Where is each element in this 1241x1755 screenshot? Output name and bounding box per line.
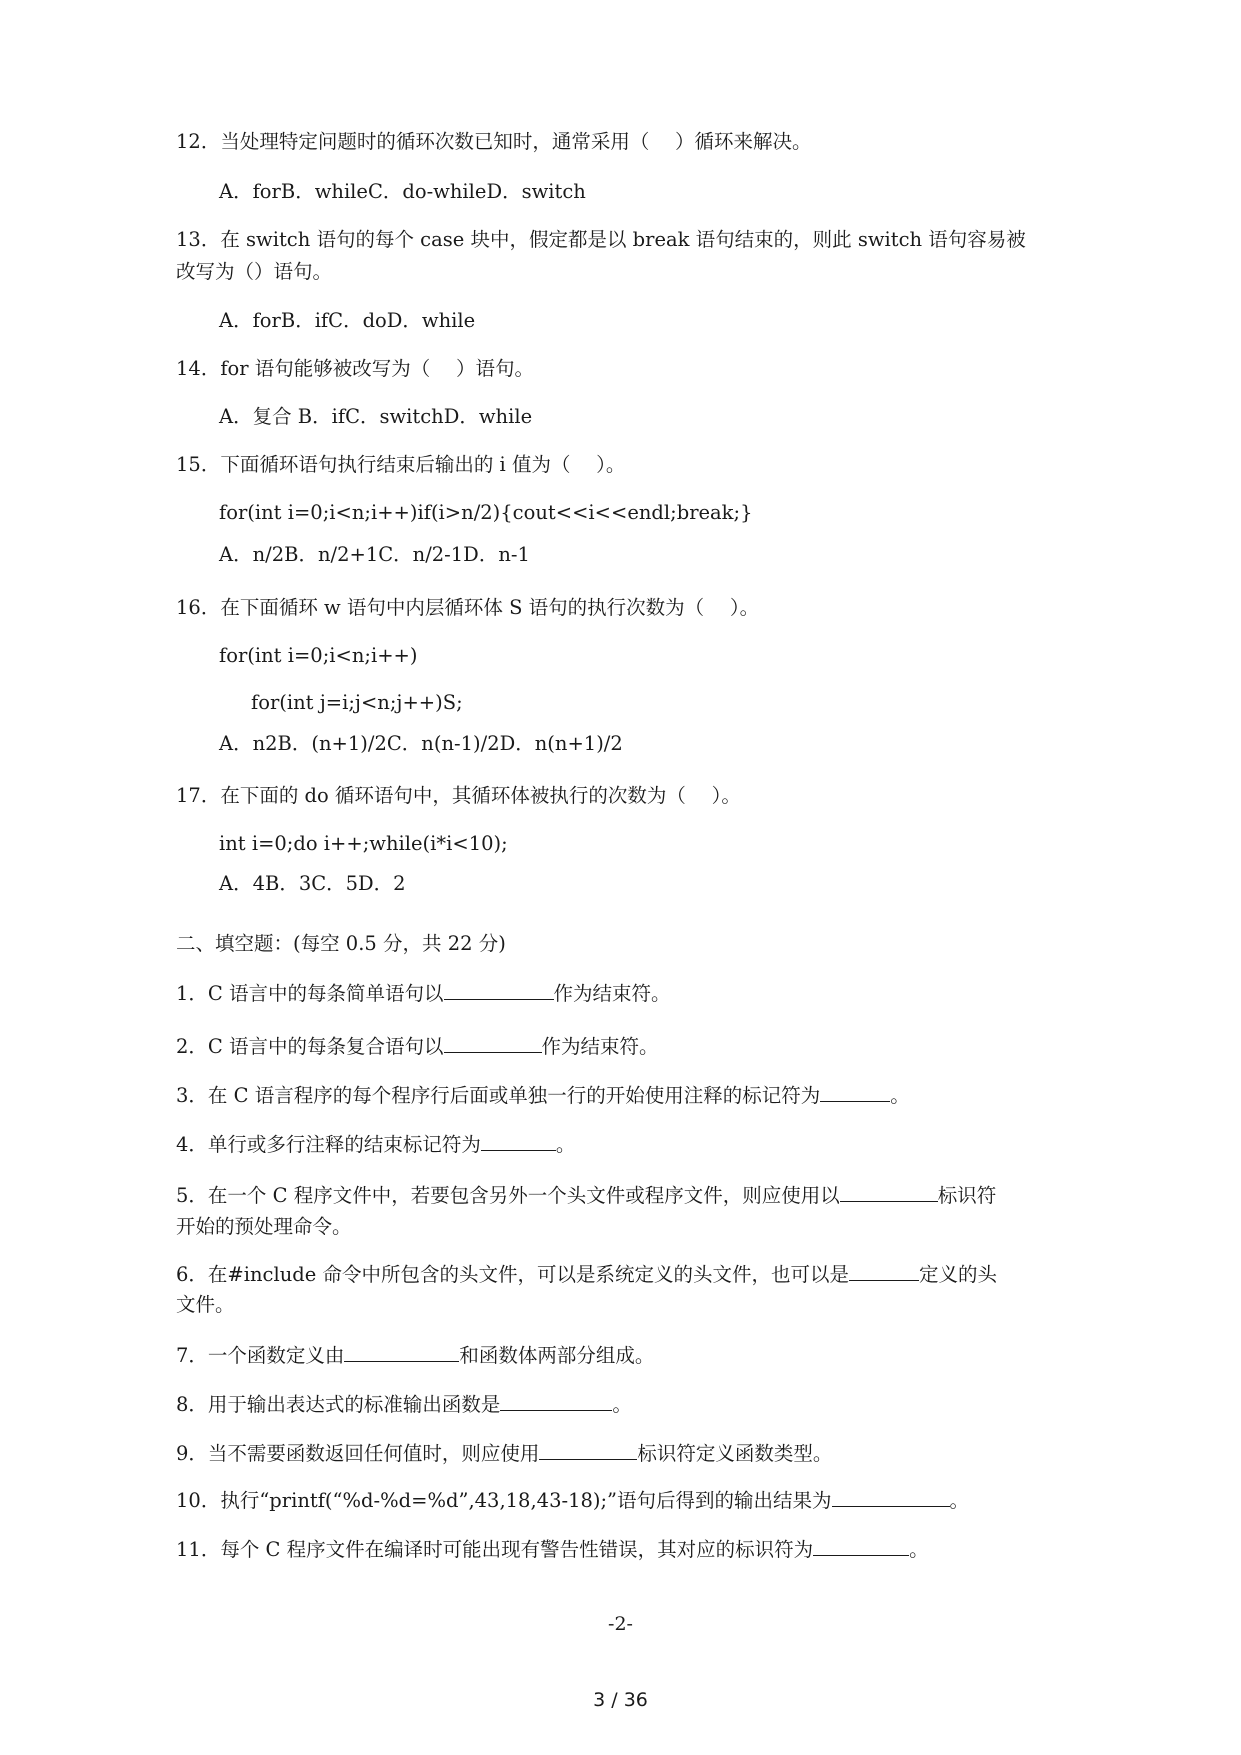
line-text: 4．单行或多行注释的结束标记符为 <box>176 1133 481 1156</box>
text-line: A．4B．3C．5D．2 <box>219 872 406 896</box>
text-line: 3．在 C 语言程序的每个程序行后面或单独一行的开始使用注释的标记符为。 <box>176 1083 910 1108</box>
line-text-after-blank: 作为结束符。 <box>542 1035 659 1058</box>
text-line: A．forB．ifC．doD．while <box>219 309 475 333</box>
line-text: 7．一个函数定义由 <box>176 1344 344 1367</box>
line-text: 文件。 <box>176 1293 235 1316</box>
text-line: 5．在一个 C 程序文件中，若要包含另外一个头文件或程序文件，则应使用以标识符 <box>176 1183 996 1208</box>
line-text-after-blank: 。 <box>909 1538 929 1561</box>
text-line: 17．在下面的 do 循环语句中，其循环体被执行的次数为（ ）。 <box>176 784 741 808</box>
text-line: for(int i=0;i<n;i++)if(i>n/2){cout<<i<<e… <box>219 501 752 525</box>
line-text: A．4B．3C．5D．2 <box>219 872 406 895</box>
text-line: 二、填空题：(每空 0.5 分，共 22 分) <box>176 932 506 956</box>
line-text: A．n/2B．n/2+1C．n/2-1D．n-1 <box>219 543 530 566</box>
text-line: 14．for 语句能够被改写为（ ）语句。 <box>176 357 534 381</box>
line-text: 14．for 语句能够被改写为（ ）语句。 <box>176 357 534 380</box>
text-line: A．复合 B．ifC．switchD．while <box>219 405 532 429</box>
line-text: 3．在 C 语言程序的每个程序行后面或单独一行的开始使用注释的标记符为 <box>176 1084 820 1107</box>
fill-in-blank <box>813 1537 909 1556</box>
fill-in-blank <box>481 1132 556 1151</box>
line-text: 10．执行“printf(“%d-%d=%d”,43,18,43-18);”语句… <box>176 1489 832 1512</box>
fill-in-blank <box>849 1262 919 1281</box>
line-text: 9．当不需要函数返回任何值时，则应使用 <box>176 1442 539 1465</box>
line-text: A．复合 B．ifC．switchD．while <box>219 405 532 428</box>
fill-in-blank <box>444 1034 542 1053</box>
text-line: A．forB．whileC．do-whileD．switch <box>219 180 586 204</box>
fill-in-blank <box>539 1441 637 1460</box>
text-line: 4．单行或多行注释的结束标记符为。 <box>176 1132 575 1157</box>
text-line: 文件。 <box>176 1293 235 1317</box>
line-text: A．forB．ifC．doD．while <box>219 309 475 332</box>
line-text: 1．C 语言中的每条简单语句以 <box>176 982 444 1005</box>
line-text: 12．当处理特定问题时的循环次数已知时，通常采用（ ）循环来解决。 <box>176 130 812 153</box>
line-text: A．forB．whileC．do-whileD．switch <box>219 180 586 203</box>
line-text: 开始的预处理命令。 <box>176 1215 352 1238</box>
line-text: 2．C 语言中的每条复合语句以 <box>176 1035 444 1058</box>
fill-in-blank <box>820 1083 890 1102</box>
line-text: A．n2B．(n+1)/2C．n(n-1)/2D．n(n+1)/2 <box>219 732 623 755</box>
text-line: 11．每个 C 程序文件在编译时可能出现有警告性错误，其对应的标识符为。 <box>176 1537 929 1562</box>
text-line: 改写为（）语句。 <box>176 260 332 284</box>
line-text-after-blank: 标识符定义函数类型。 <box>637 1442 832 1465</box>
line-text-after-blank: 作为结束符。 <box>554 982 671 1005</box>
text-line: 开始的预处理命令。 <box>176 1215 352 1239</box>
line-text: 17．在下面的 do 循环语句中，其循环体被执行的次数为（ ）。 <box>176 784 741 807</box>
line-text: 16．在下面循环 w 语句中内层循环体 S 语句的执行次数为（ ）。 <box>176 596 759 619</box>
fill-in-blank <box>832 1488 950 1507</box>
text-line: 10．执行“printf(“%d-%d=%d”,43,18,43-18);”语句… <box>176 1488 969 1513</box>
text-line: 8．用于输出表达式的标准输出函数是。 <box>176 1392 632 1417</box>
text-line: 2．C 语言中的每条复合语句以作为结束符。 <box>176 1034 659 1059</box>
line-text-after-blank: 。 <box>612 1393 632 1416</box>
line-text: int i=0;do i++;while(i*i<10); <box>219 832 508 855</box>
fill-in-blank <box>344 1343 459 1362</box>
line-text: 改写为（）语句。 <box>176 260 332 283</box>
line-text-after-blank: 。 <box>950 1489 970 1512</box>
line-text: for(int i=0;i<n;i++)if(i>n/2){cout<<i<<e… <box>219 501 752 524</box>
line-text: 二、填空题：(每空 0.5 分，共 22 分) <box>176 932 506 955</box>
text-line: 7．一个函数定义由和函数体两部分组成。 <box>176 1343 654 1368</box>
line-text-after-blank: 标识符 <box>938 1184 997 1207</box>
text-line: 15．下面循环语句执行结束后输出的 i 值为（ ）。 <box>176 453 625 477</box>
line-text: 6．在#include 命令中所包含的头文件，可以是系统定义的头文件，也可以是 <box>176 1263 849 1286</box>
text-line: 9．当不需要函数返回任何值时，则应使用标识符定义函数类型。 <box>176 1441 832 1466</box>
text-line: for(int i=0;i<n;i++) <box>219 644 418 668</box>
line-text: 13．在 switch 语句的每个 case 块中，假定都是以 break 语句… <box>176 228 1026 251</box>
fill-in-blank <box>500 1392 612 1411</box>
page-number: -2- <box>0 1613 1241 1635</box>
text-line: A．n/2B．n/2+1C．n/2-1D．n-1 <box>219 543 530 567</box>
line-text-after-blank: 。 <box>890 1084 910 1107</box>
text-line: A．n2B．(n+1)/2C．n(n-1)/2D．n(n+1)/2 <box>219 732 623 756</box>
text-line: 12．当处理特定问题时的循环次数已知时，通常采用（ ）循环来解决。 <box>176 130 812 154</box>
line-text-after-blank: 和函数体两部分组成。 <box>459 1344 654 1367</box>
fill-in-blank <box>444 981 554 1000</box>
line-text: for(int j=i;j<n;j++)S; <box>251 691 463 714</box>
pdf-page-indicator: 3 / 36 <box>0 1689 1241 1711</box>
line-text-after-blank: 定义的头 <box>919 1263 997 1286</box>
text-line: int i=0;do i++;while(i*i<10); <box>219 832 508 856</box>
fill-in-blank <box>840 1183 938 1202</box>
line-text: for(int i=0;i<n;i++) <box>219 644 418 667</box>
text-line: 6．在#include 命令中所包含的头文件，可以是系统定义的头文件，也可以是定… <box>176 1262 997 1287</box>
line-text: 11．每个 C 程序文件在编译时可能出现有警告性错误，其对应的标识符为 <box>176 1538 813 1561</box>
text-line: for(int j=i;j<n;j++)S; <box>251 691 463 715</box>
text-line: 1．C 语言中的每条简单语句以作为结束符。 <box>176 981 671 1006</box>
line-text-after-blank: 。 <box>556 1133 576 1156</box>
text-line: 16．在下面循环 w 语句中内层循环体 S 语句的执行次数为（ ）。 <box>176 596 759 620</box>
line-text: 15．下面循环语句执行结束后输出的 i 值为（ ）。 <box>176 453 625 476</box>
text-line: 13．在 switch 语句的每个 case 块中，假定都是以 break 语句… <box>176 228 1026 252</box>
line-text: 8．用于输出表达式的标准输出函数是 <box>176 1393 500 1416</box>
line-text: 5．在一个 C 程序文件中，若要包含另外一个头文件或程序文件，则应使用以 <box>176 1184 840 1207</box>
